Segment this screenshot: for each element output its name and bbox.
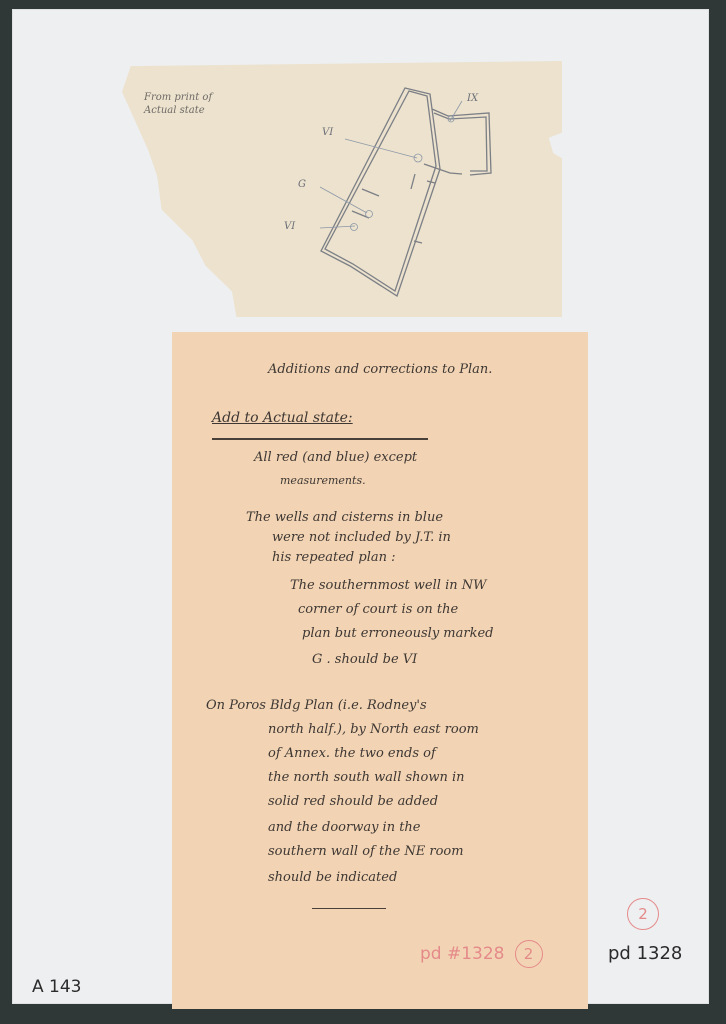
- plan-label-g: G: [298, 179, 306, 190]
- note-line: On Poros Bldg Plan (i.e. Rodney's: [206, 698, 427, 713]
- note-title: Additions and corrections to Plan.: [268, 362, 492, 377]
- plan-label-vi-upper: VI: [322, 127, 334, 138]
- handwritten-note: Additions and corrections to Plan. Add t…: [172, 332, 588, 1009]
- note-line: The wells and cisterns in blue: [246, 510, 443, 525]
- heading-underline: [212, 438, 428, 440]
- note-line: G . should be VI: [312, 652, 417, 667]
- note-heading: Add to Actual state:: [212, 410, 353, 426]
- closing-rule: [312, 908, 386, 909]
- catalog-id: A 143: [32, 977, 81, 997]
- note-line: plan but erroneously marked: [302, 626, 494, 641]
- note-line: should be indicated: [268, 870, 397, 885]
- note-line: The southernmost well in NW: [290, 578, 486, 593]
- mount-circled-number: 2: [627, 898, 659, 930]
- note-line: were not included by J.T. in: [272, 530, 451, 545]
- note-line: solid red should be added: [268, 794, 438, 809]
- note-line: southern wall of the NE room: [268, 844, 464, 859]
- note-line: north half.), by North east room: [268, 722, 479, 737]
- building-plan-sketch: VI G VI IX: [122, 61, 562, 317]
- red-archive-marking: pd #1328 2: [420, 940, 543, 968]
- note-line: the north south wall shown in: [268, 770, 465, 785]
- note-line: his repeated plan :: [272, 550, 396, 565]
- plan-label-vi-lower: VI: [284, 221, 296, 232]
- red-circled-number: 2: [515, 940, 543, 968]
- plan-label-ix: IX: [466, 93, 479, 104]
- note-line: measurements.: [280, 474, 366, 487]
- mount-pd-label: pd 1328: [608, 943, 682, 964]
- tracing-paper-sketch: From print of Actual state: [122, 61, 562, 317]
- mount-board: From print of Actual state: [12, 9, 709, 1004]
- note-line: corner of court is on the: [298, 602, 458, 617]
- red-pd-number: pd #1328: [420, 944, 505, 964]
- note-line: All red (and blue) except: [254, 450, 417, 465]
- note-line: and the doorway in the: [268, 820, 421, 835]
- note-line: of Annex. the two ends of: [268, 746, 436, 761]
